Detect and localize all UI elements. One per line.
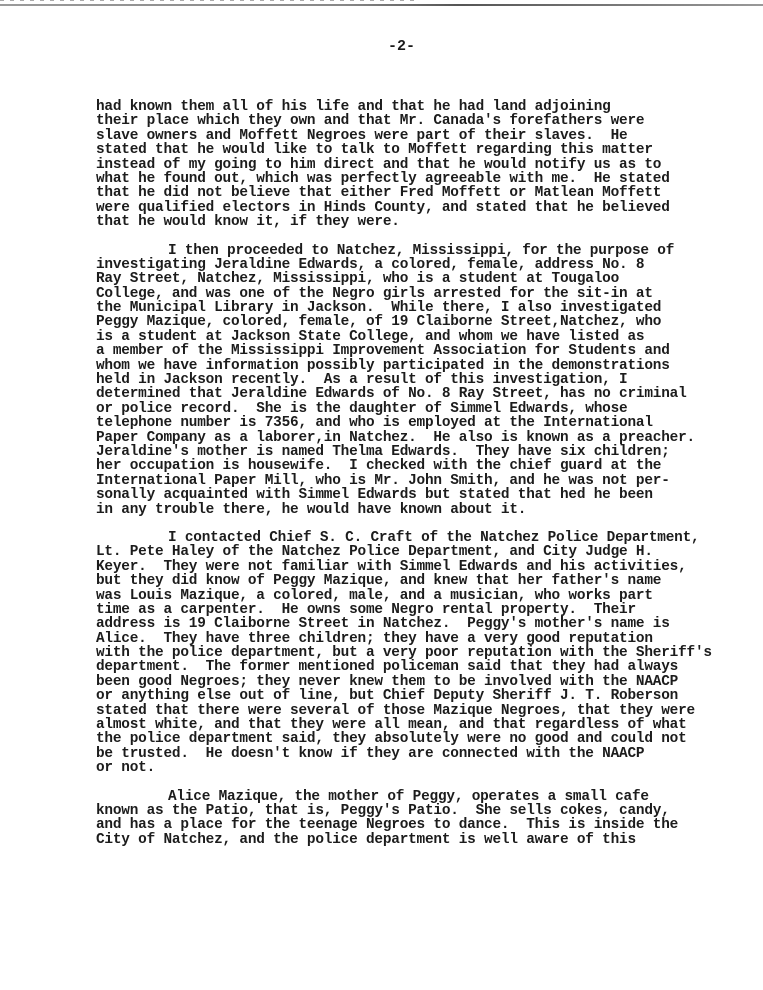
text-line: stated that he would like to talk to Mof… bbox=[96, 143, 756, 157]
paragraph-1: had known them all of his life and that … bbox=[96, 100, 756, 230]
text-line: College, and was one of the Negro girls … bbox=[96, 287, 756, 301]
page-number: -2- bbox=[0, 38, 763, 55]
text-line: department. The former mentioned policem… bbox=[96, 660, 756, 674]
text-line: instead of my going to him direct and th… bbox=[96, 158, 756, 172]
paragraph-3: I contacted Chief S. C. Craft of the Nat… bbox=[96, 531, 756, 776]
text-line: stated that there were several of those … bbox=[96, 704, 756, 718]
text-line: determined that Jeraldine Edwards of No.… bbox=[96, 387, 756, 401]
text-line: known as the Patio, that is, Peggy's Pat… bbox=[96, 804, 756, 818]
text-line: investigating Jeraldine Edwards, a color… bbox=[96, 258, 756, 272]
document-body: had known them all of his life and that … bbox=[96, 100, 756, 861]
text-line: Jeraldine's mother is named Thelma Edwar… bbox=[96, 445, 756, 459]
text-line: their place which they own and that Mr. … bbox=[96, 114, 756, 128]
text-line: Peggy Mazique, colored, female, of 19 Cl… bbox=[96, 315, 756, 329]
text-line: be trusted. He doesn't know if they are … bbox=[96, 747, 756, 761]
text-line: been good Negroes; they never knew them … bbox=[96, 675, 756, 689]
text-line: Alice. They have three children; they ha… bbox=[96, 632, 756, 646]
text-line: Ray Street, Natchez, Mississippi, who is… bbox=[96, 272, 756, 286]
text-line: the police department said, they absolut… bbox=[96, 732, 756, 746]
text-line: sonally acquainted with Simmel Edwards b… bbox=[96, 488, 756, 502]
scan-top-border bbox=[0, 4, 763, 6]
text-line: time as a carpenter. He owns some Negro … bbox=[96, 603, 756, 617]
scan-edge-dashes bbox=[0, 0, 420, 1]
text-line: or not. bbox=[96, 761, 756, 775]
text-line: and has a place for the teenage Negroes … bbox=[96, 818, 756, 832]
text-line: is a student at Jackson State College, a… bbox=[96, 330, 756, 344]
text-line: were qualified electors in Hinds County,… bbox=[96, 201, 756, 215]
text-line: held in Jackson recently. As a result of… bbox=[96, 373, 756, 387]
text-line: telephone number is 7356, and who is emp… bbox=[96, 416, 756, 430]
text-line: almost white, and that they were all mea… bbox=[96, 718, 756, 732]
text-line: was Louis Mazique, a colored, male, and … bbox=[96, 589, 756, 603]
text-line: a member of the Mississippi Improvement … bbox=[96, 344, 756, 358]
text-line: her occupation is housewife. I checked w… bbox=[96, 459, 756, 473]
text-line: slave owners and Moffett Negroes were pa… bbox=[96, 129, 756, 143]
paragraph-2: I then proceeded to Natchez, Mississippi… bbox=[96, 244, 756, 517]
text-line: or anything else out of line, but Chief … bbox=[96, 689, 756, 703]
text-line: that he did not believe that either Fred… bbox=[96, 186, 756, 200]
text-line: I contacted Chief S. C. Craft of the Nat… bbox=[96, 531, 756, 545]
text-line: whom we have information possibly partic… bbox=[96, 359, 756, 373]
text-line: had known them all of his life and that … bbox=[96, 100, 756, 114]
text-line: I then proceeded to Natchez, Mississippi… bbox=[96, 244, 756, 258]
text-line: but they did know of Peggy Mazique, and … bbox=[96, 574, 756, 588]
text-line: Alice Mazique, the mother of Peggy, oper… bbox=[96, 790, 756, 804]
text-line: City of Natchez, and the police departme… bbox=[96, 833, 756, 847]
text-line: address is 19 Claiborne Street in Natche… bbox=[96, 617, 756, 631]
text-line: Paper Company as a laborer,in Natchez. H… bbox=[96, 431, 756, 445]
text-line: in any trouble there, he would have know… bbox=[96, 503, 756, 517]
text-line: International Paper Mill, who is Mr. Joh… bbox=[96, 474, 756, 488]
text-line: what he found out, which was perfectly a… bbox=[96, 172, 756, 186]
paragraph-4: Alice Mazique, the mother of Peggy, oper… bbox=[96, 790, 756, 848]
text-line: with the police department, but a very p… bbox=[96, 646, 756, 660]
text-line: or police record. She is the daughter of… bbox=[96, 402, 756, 416]
text-line: the Municipal Library in Jackson. While … bbox=[96, 301, 756, 315]
text-line: Keyer. They were not familiar with Simme… bbox=[96, 560, 756, 574]
text-line: that he would know it, if they were. bbox=[96, 215, 756, 229]
text-line: Lt. Pete Haley of the Natchez Police Dep… bbox=[96, 545, 756, 559]
